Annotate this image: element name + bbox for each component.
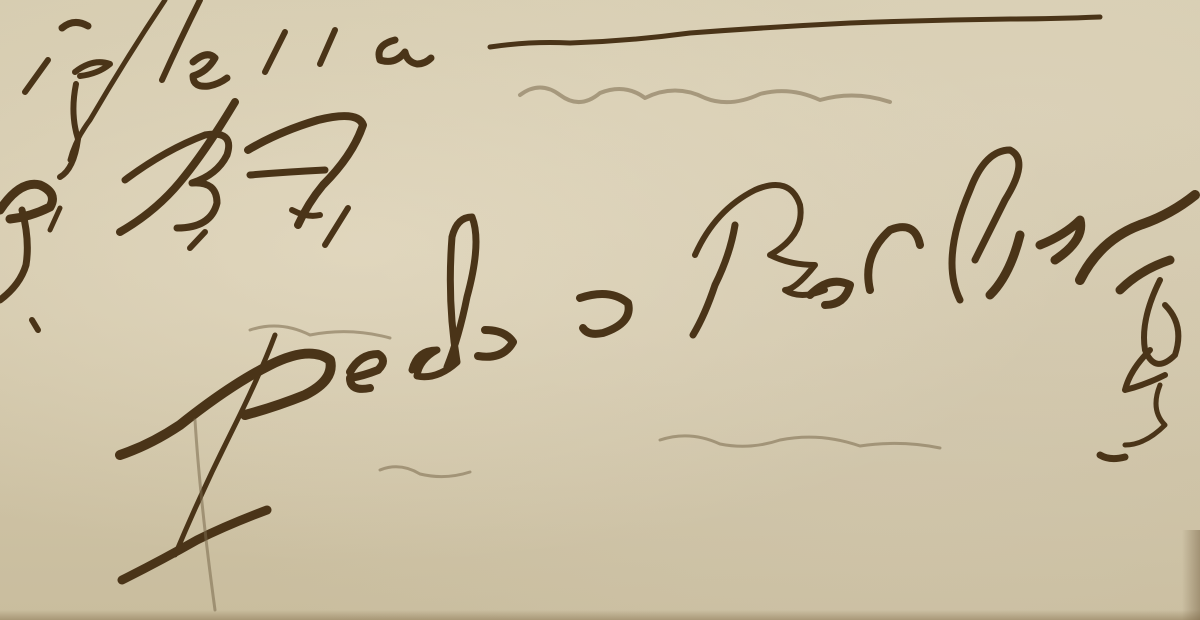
signature-surname	[693, 150, 1195, 335]
left-margin-mark	[0, 184, 60, 330]
paper-bottom-edge	[0, 610, 1200, 620]
manuscript-page: iglesia B.A. Pedro Rodriguez	[0, 0, 1200, 620]
signature-flourish	[1100, 280, 1178, 459]
top-rule	[490, 17, 1100, 47]
signature-first-name	[120, 217, 629, 555]
word-ba	[120, 102, 363, 248]
paper-corner-shadow	[1182, 530, 1200, 620]
handwriting-ink	[0, 0, 1200, 620]
